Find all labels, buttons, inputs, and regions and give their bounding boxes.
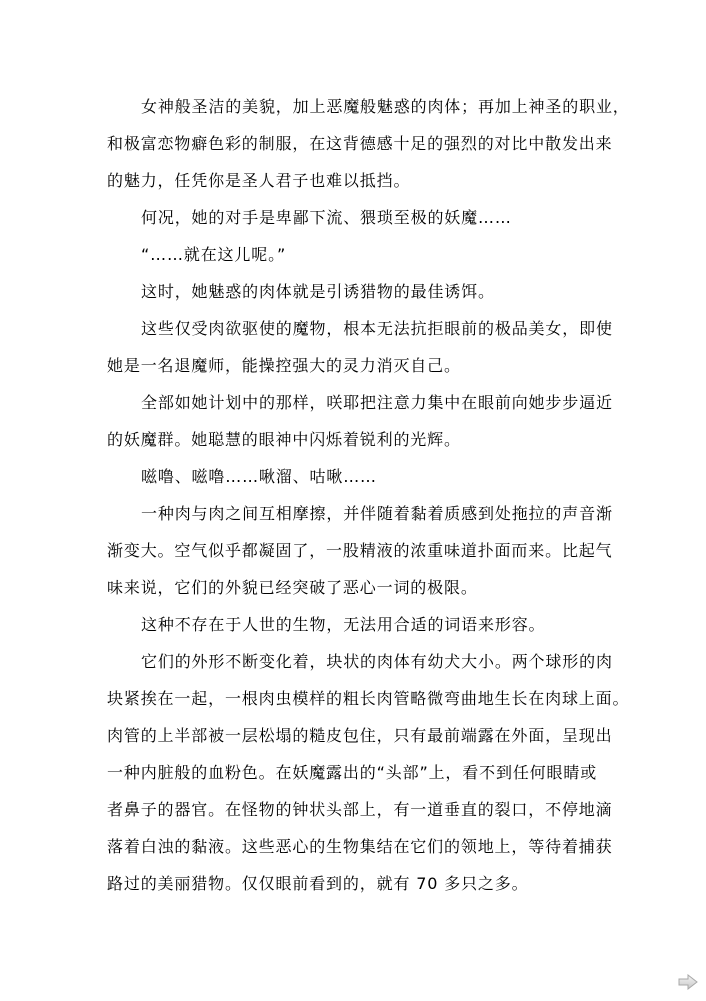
text-line: 这些仅受肉欲驱使的魔物，根本无法抗拒眼前的极品美女，即使 bbox=[141, 310, 613, 347]
text-line: 块紧挨在一起，一根肉虫模样的粗长肉管略微弯曲地生长在肉球上面。 bbox=[107, 680, 629, 717]
text-line: 者鼻子的器官。在怪物的钟状头部上，有一道垂直的裂口，不停地滴 bbox=[107, 791, 613, 828]
text-line: 女神般圣洁的美貌，加上恶魔般魅惑的肉体；再加上神圣的职业， bbox=[141, 88, 630, 125]
text-line: 这时，她魅惑的肉体就是引诱猎物的最佳诱饵。 bbox=[141, 273, 495, 310]
text-line: 它们的外形不断变化着，块状的肉体有幼犬大小。两个球形的肉 bbox=[141, 643, 613, 680]
text-line: 这种不存在于人世的生物，无法用合适的词语来形容。 bbox=[141, 606, 545, 643]
text-line: 全部如她计划中的那样，咲耶把注意力集中在眼前向她步步逼近 bbox=[141, 384, 613, 421]
text-line: 嗞噜、嗞噜……啾溜、咕啾…… bbox=[141, 458, 377, 495]
text-line: 她是一名退魔师，能操控强大的灵力消灭自己。 bbox=[107, 347, 461, 384]
text-line: 一种内脏般的血粉色。在妖魔露出的“头部”上，看不到任何眼睛或 bbox=[107, 754, 597, 791]
text-line: 何况，她的对手是卑鄙下流、猥琐至极的妖魔…… bbox=[141, 199, 512, 236]
next-page-arrow-icon[interactable] bbox=[678, 974, 698, 990]
text-line: 和极富恋物癖色彩的制服，在这背德感十足的强烈的对比中散发出来 bbox=[107, 125, 613, 162]
text-line: 一种肉与肉之间互相摩擦，并伴随着黏着质感到处拖拉的声音渐 bbox=[141, 495, 613, 532]
text-line: 渐变大。空气似乎都凝固了，一股精液的浓重味道扑面而来。比起气 bbox=[107, 532, 613, 569]
text-line: 肉管的上半部被一层松塌的糙皮包住，只有最前端露在外面，呈现出 bbox=[107, 717, 613, 754]
text-line: 味来说，它们的外貌已经突破了恶心一词的极限。 bbox=[107, 569, 478, 606]
text-line: 的妖魔群。她聪慧的眼神中闪烁着锐利的光辉。 bbox=[107, 421, 461, 458]
text-line: 落着白浊的黏液。这些恶心的生物集结在它们的领地上，等待着捕获 bbox=[107, 828, 613, 865]
text-line: 路过的美丽猎物。仅仅眼前看到的，就有 70 多只之多。 bbox=[107, 865, 528, 902]
text-line: 的魅力，任凭你是圣人君子也难以抵挡。 bbox=[107, 162, 410, 199]
text-line: “……就在这儿呢。” bbox=[141, 236, 286, 273]
